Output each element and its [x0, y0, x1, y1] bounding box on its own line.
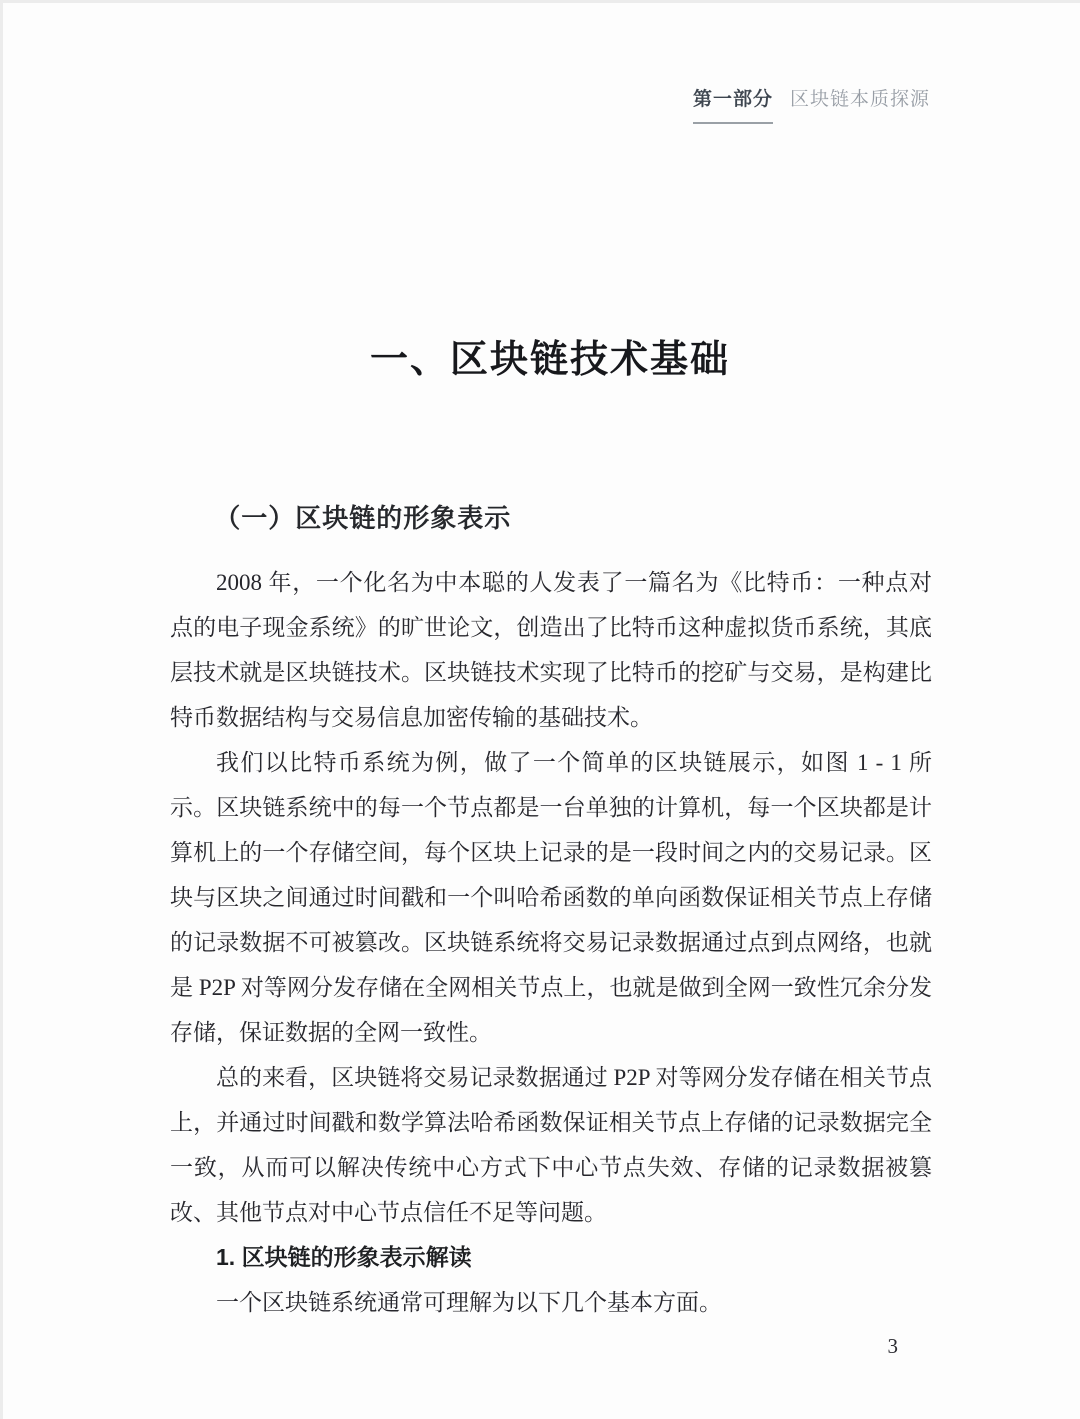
closing-paragraph: 一个区块链系统通常可理解为以下几个基本方面。 [170, 1280, 932, 1325]
book-page: 第一部分 区块链本质探源 一、区块链技术基础 （一）区块链的形象表示 2008 … [0, 0, 1080, 1419]
paragraph-3: 总的来看，区块链将交易记录数据通过 P2P 对等网分发存储在相关节点上，并通过时… [170, 1055, 932, 1235]
paragraph-1: 2008 年，一个化名为中本聪的人发表了一篇名为《比特币：一种点对点的电子现金系… [170, 560, 932, 740]
page-number: 3 [170, 1334, 930, 1359]
chapter-title: 一、区块链技术基础 [170, 334, 930, 387]
subsection-heading: 1. 区块链的形象表示解读 [170, 1235, 932, 1280]
section-heading: （一）区块链的形象表示 [170, 498, 930, 535]
running-header-part-title: 区块链本质探源 [790, 84, 930, 111]
running-header-part-label: 第一部分 [693, 84, 773, 124]
running-header: 第一部分 区块链本质探源 [693, 84, 930, 124]
body-text: 2008 年，一个化名为中本聪的人发表了一篇名为《比特币：一种点对点的电子现金系… [170, 560, 932, 1325]
paragraph-2: 我们以比特币系统为例，做了一个简单的区块链展示，如图 1 - 1 所示。区块链系… [170, 740, 932, 1055]
